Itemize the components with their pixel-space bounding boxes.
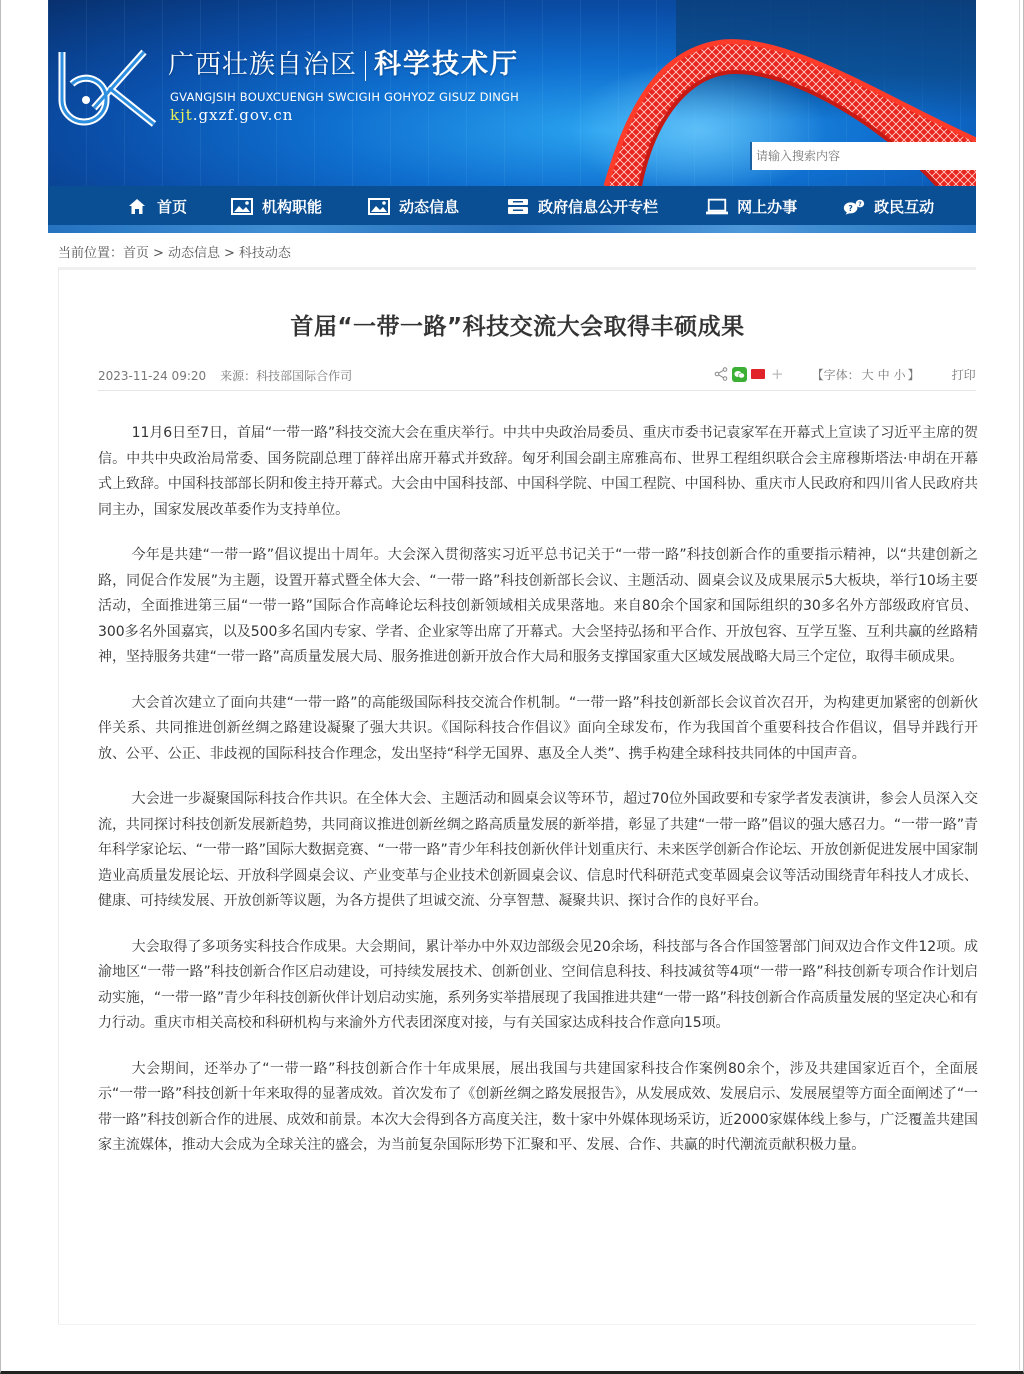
font-size-control: 【字体：大中小】 xyxy=(812,366,920,383)
breadcrumb-tech-news[interactable]: 科技动态 xyxy=(239,246,291,261)
nav-label: 机构职能 xyxy=(262,196,322,217)
nav-item-home[interactable]: 首页 xyxy=(126,196,187,217)
article-paragraph: 11月6日至7日，首届“一带一路”科技交流大会在重庆举行。中共中央政治局委员、重… xyxy=(98,421,978,523)
font-label-close: 】 xyxy=(908,368,920,382)
chat-icon: ?? xyxy=(843,198,865,216)
breadcrumb: 当前位置：首页>动态信息>科技动态 xyxy=(58,242,291,261)
article-paragraph: 大会期间，还举办了“一带一路”科技创新合作十年成果展，展出我国与共建国家科技合作… xyxy=(98,1057,978,1159)
nav-item-organization[interactable]: 机构职能 xyxy=(231,196,322,217)
nav-label: 网上办事 xyxy=(737,196,797,217)
site-url-rest: .gxzf.gov.cn xyxy=(193,106,294,124)
breadcrumb-separator: > xyxy=(153,246,164,261)
weibo-icon[interactable] xyxy=(751,369,765,379)
article-paragraph: 今年是共建“一带一路”倡议提出十周年。大会深入贯彻落实习近平总书记关于“一带一路… xyxy=(98,543,978,671)
site-title-romanized: GVANGJSIH BOUXCUENGH SWCIGIH GOHYOZ GISU… xyxy=(170,90,519,104)
nav-item-news[interactable]: 动态信息 xyxy=(368,196,459,217)
nav-label: 动态信息 xyxy=(399,196,459,217)
laptop-icon xyxy=(706,198,728,216)
meta-divider xyxy=(98,390,976,391)
print-button[interactable]: 打印 xyxy=(952,366,976,383)
nav-label: 政民互动 xyxy=(874,196,934,217)
article-title: 首届“一带一路”科技交流大会取得丰硕成果 xyxy=(59,308,976,341)
site-url: kjt.gxzf.gov.cn xyxy=(170,106,293,124)
article-paragraph: 大会取得了多项务实科技合作成果。大会期间，累计举办中外双边部级会见20余场，科技… xyxy=(98,935,978,1037)
svg-text:?: ? xyxy=(848,203,852,212)
home-icon xyxy=(126,198,148,216)
font-medium-button[interactable]: 中 xyxy=(878,368,890,382)
site-url-highlight: kjt xyxy=(170,106,193,124)
cabinet-icon xyxy=(507,198,529,216)
main-nav: 首页 机构职能 动态信息 政府信息公开专栏 网上办事 ?? 政民互动 xyxy=(48,186,976,233)
more-plus-icon[interactable]: + xyxy=(771,365,784,383)
article-tools: + 【字体：大中小】 打印 xyxy=(714,365,976,383)
dept-name: 科学技术厅 xyxy=(374,49,519,80)
article-source: 来源：科技部国际合作司 xyxy=(220,369,352,383)
article-body: 11月6日至7日，首届“一带一路”科技交流大会在重庆举行。中共中央政治局委员、重… xyxy=(98,421,978,1179)
search-input[interactable] xyxy=(756,142,976,170)
picture-icon xyxy=(231,198,253,216)
article-paragraph: 大会首次建立了面向共建“一带一路”的高能级国际科技交流合作机制。“一带一路”科技… xyxy=(98,691,978,768)
title-separator xyxy=(365,51,366,81)
nav-label: 首页 xyxy=(157,196,187,217)
share-icon[interactable] xyxy=(714,367,728,381)
picture-icon xyxy=(368,198,390,216)
font-large-button[interactable]: 大 xyxy=(862,368,874,382)
font-small-button[interactable]: 小 xyxy=(894,368,906,382)
search-box[interactable] xyxy=(750,142,976,170)
site-logo-icon xyxy=(54,48,159,128)
org-name: 广西壮族自治区 xyxy=(168,50,357,80)
breadcrumb-home[interactable]: 首页 xyxy=(123,246,149,261)
article-paragraph: 大会进一步凝聚国际科技合作共识。在全体大会、主题活动和圆桌会议等环节，超过70位… xyxy=(98,787,978,915)
nav-label: 政府信息公开专栏 xyxy=(538,196,658,217)
site-title: 广西壮族自治区科学技术厅 xyxy=(168,42,519,81)
nav-item-interaction[interactable]: ?? 政民互动 xyxy=(843,196,934,217)
wechat-icon[interactable] xyxy=(732,367,747,382)
breadcrumb-news[interactable]: 动态信息 xyxy=(168,246,220,261)
breadcrumb-prefix: 当前位置： xyxy=(58,246,123,261)
font-label-open: 【字体： xyxy=(812,368,860,382)
article-date: 2023-11-24 09:20 xyxy=(98,369,206,383)
article-meta: 2023-11-24 09:20来源：科技部国际合作司 xyxy=(98,367,352,384)
svg-text:?: ? xyxy=(858,202,862,208)
nav-item-online-services[interactable]: 网上办事 xyxy=(706,196,797,217)
nav-item-gov-info[interactable]: 政府信息公开专栏 xyxy=(507,196,658,217)
page-scroll-edge xyxy=(1019,0,1020,1370)
breadcrumb-separator: > xyxy=(224,246,235,261)
article-container: 首届“一带一路”科技交流大会取得丰硕成果 2023-11-24 09:20来源：… xyxy=(58,267,976,1325)
